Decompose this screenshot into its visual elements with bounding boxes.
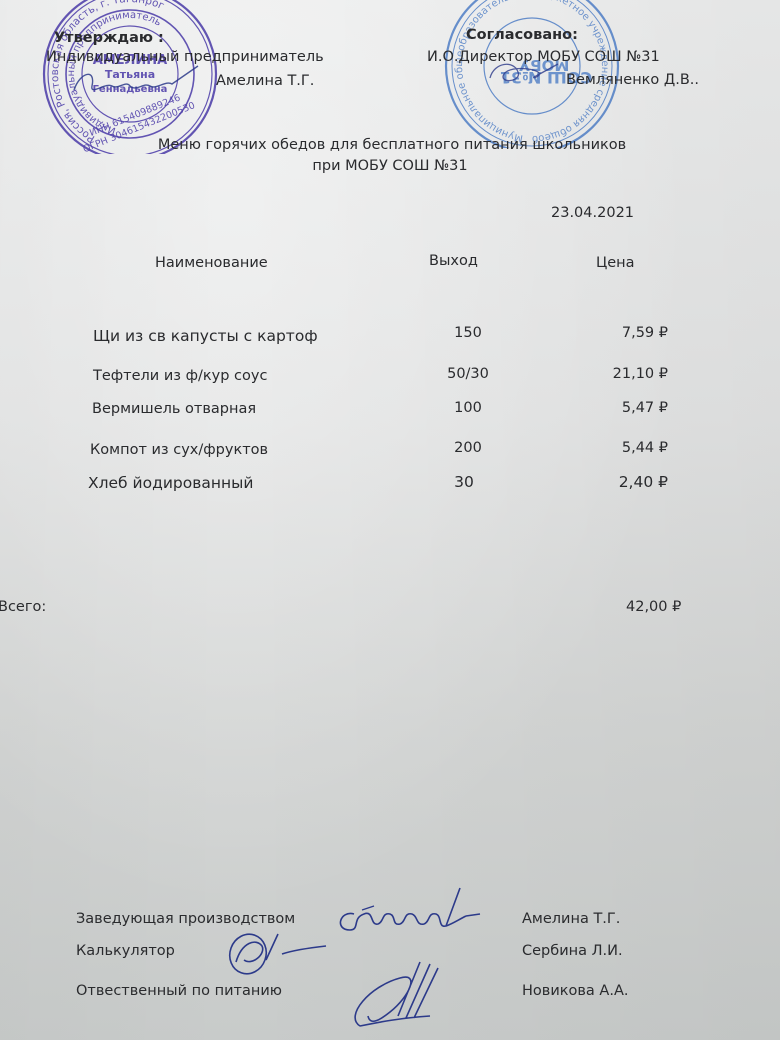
dish-output: 150	[408, 325, 528, 341]
dish-output: 50/30	[408, 366, 528, 382]
dish-name: Щи из св капусты с картоф	[93, 327, 318, 345]
total-label: Всего:	[0, 599, 46, 615]
dish-name: Компот из сух/фруктов	[90, 442, 268, 458]
dish-output: 200	[408, 440, 528, 456]
nutrition-responsible-signature	[340, 956, 460, 1036]
dish-price: 7,59 ₽	[548, 325, 668, 341]
dish-price: 5,47 ₽	[548, 400, 668, 416]
signature-name: Сербина Л.И.	[522, 943, 623, 959]
header-price: Цена	[596, 255, 635, 271]
calculator-signature	[222, 920, 342, 980]
agreement-label: Согласовано:	[466, 27, 578, 43]
dish-name: Хлеб йодированный	[88, 474, 253, 492]
dish-name: Тефтели из ф/кур соус	[93, 368, 267, 384]
header-name: Наименование	[155, 255, 268, 271]
signature-role: Отвественный по питанию	[76, 983, 282, 999]
dish-output: 30	[404, 473, 524, 491]
menu-title-line1: Меню горячих обедов для бесплатного пита…	[0, 137, 780, 153]
production-head-signature	[326, 880, 486, 940]
total-value: 42,00 ₽	[626, 599, 681, 615]
approval-signature	[66, 62, 206, 102]
agreement-signer: Вемляненко Д.В..	[566, 72, 699, 88]
dish-price: 21,10 ₽	[548, 366, 668, 382]
approval-signer: Амелина Т.Г.	[216, 73, 314, 89]
dish-name: Вермишель отварная	[92, 401, 256, 417]
header-output: Выход	[429, 253, 478, 269]
signature-role: Калькулятор	[76, 943, 175, 959]
approval-label: Утверждаю :	[54, 30, 164, 46]
signature-name: Новикова А.А.	[522, 983, 628, 999]
dish-output: 100	[408, 400, 528, 416]
agreement-signature	[484, 58, 564, 88]
menu-date: 23.04.2021	[551, 205, 634, 221]
dish-price: 5,44 ₽	[548, 440, 668, 456]
menu-title-line2: при МОБУ СОШ №31	[0, 158, 780, 174]
dish-price: 2,40 ₽	[548, 473, 668, 491]
signature-name: Амелина Т.Г.	[522, 911, 620, 927]
